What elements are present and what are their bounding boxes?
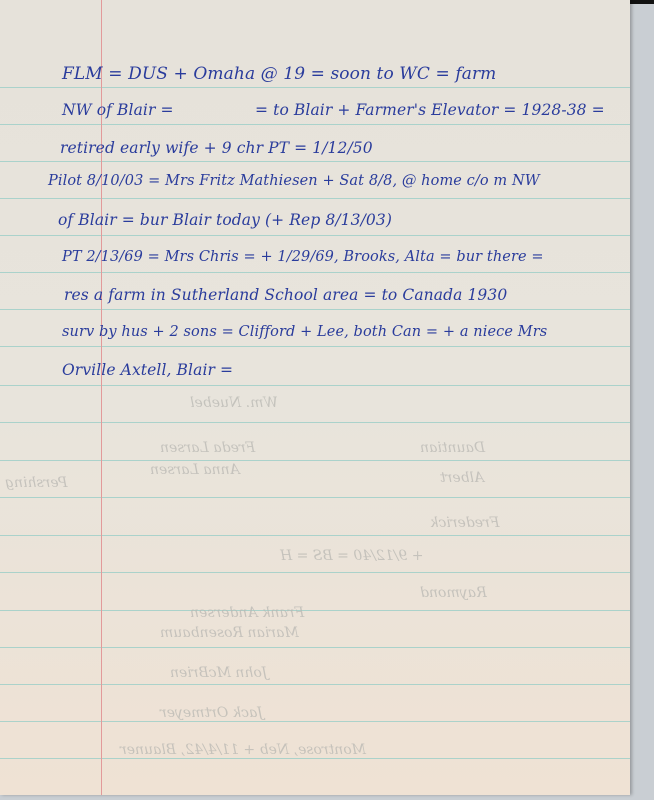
ruled-line xyxy=(0,235,630,236)
bleed-through-text: Dauntian xyxy=(420,440,485,456)
handwritten-line: Pilot 8/10/03 = Mrs Fritz Mathiesen + Sa… xyxy=(48,173,540,189)
handwritten-line: = to Blair + Farmer's Elevator = 1928-38… xyxy=(255,101,605,119)
ruled-line xyxy=(0,647,630,648)
margin-line xyxy=(101,0,102,795)
ruled-line xyxy=(0,610,630,611)
ruled-line xyxy=(0,309,630,310)
ruled-line xyxy=(0,684,630,685)
ruled-line xyxy=(0,572,630,573)
ruled-line xyxy=(0,535,630,536)
ruled-line xyxy=(0,272,630,273)
bleed-through-text: + 9/12/40 = BS = H xyxy=(280,548,424,564)
bleed-through-text: Anna Larsen xyxy=(150,462,240,478)
handwritten-line: Orville Axtell, Blair = xyxy=(62,361,233,379)
ruled-line xyxy=(0,385,630,386)
handwritten-line: surv by hus + 2 sons = Clifford + Lee, b… xyxy=(62,324,547,340)
handwritten-line: of Blair = bur Blair today (+ Rep 8/13/0… xyxy=(58,211,392,229)
bleed-through-text: Frederick xyxy=(430,515,499,531)
ruled-line xyxy=(0,497,630,498)
ruled-line xyxy=(0,124,630,125)
bleed-through-text: Albert xyxy=(440,470,484,486)
handwritten-line: FLM = DUS + Omaha @ 19 = soon to WC = fa… xyxy=(62,64,496,84)
bleed-through-text: Frank Andersen xyxy=(190,605,304,621)
ruled-line xyxy=(0,422,630,423)
bleed-through-text: Pershing xyxy=(5,475,67,491)
bleed-through-text: Freda Larsen xyxy=(160,440,255,456)
bleed-through-text: Marian Rosenbaum xyxy=(160,625,299,641)
ruled-line xyxy=(0,346,630,347)
handwritten-line: NW of Blair = xyxy=(62,101,174,119)
ruled-line xyxy=(0,161,630,162)
notebook-page: Wm. Nuebel Freda Larsen Anna Larsen Pers… xyxy=(0,0,630,795)
handwritten-line: PT 2/13/69 = Mrs Chris = + 1/29/69, Broo… xyxy=(62,249,544,265)
bleed-through-text: Montrose, Neb + 11/4/42, Blauner xyxy=(120,742,366,758)
scanner-edge xyxy=(630,0,654,4)
bleed-through-text: John McBrien xyxy=(170,665,267,681)
ruled-line xyxy=(0,460,630,461)
handwritten-line: retired early wife + 9 chr PT = 1/12/50 xyxy=(60,139,373,157)
bleed-through-text: Jack Ortmeyer xyxy=(160,705,263,721)
ruled-line xyxy=(0,87,630,88)
bleed-through-text: Wm. Nuebel xyxy=(190,395,278,411)
ruled-line xyxy=(0,198,630,199)
ruled-line xyxy=(0,721,630,722)
bleed-through-text: Raymond xyxy=(420,585,487,601)
ruled-line xyxy=(0,758,630,759)
handwritten-line: res a farm in Sutherland School area = t… xyxy=(64,286,507,304)
